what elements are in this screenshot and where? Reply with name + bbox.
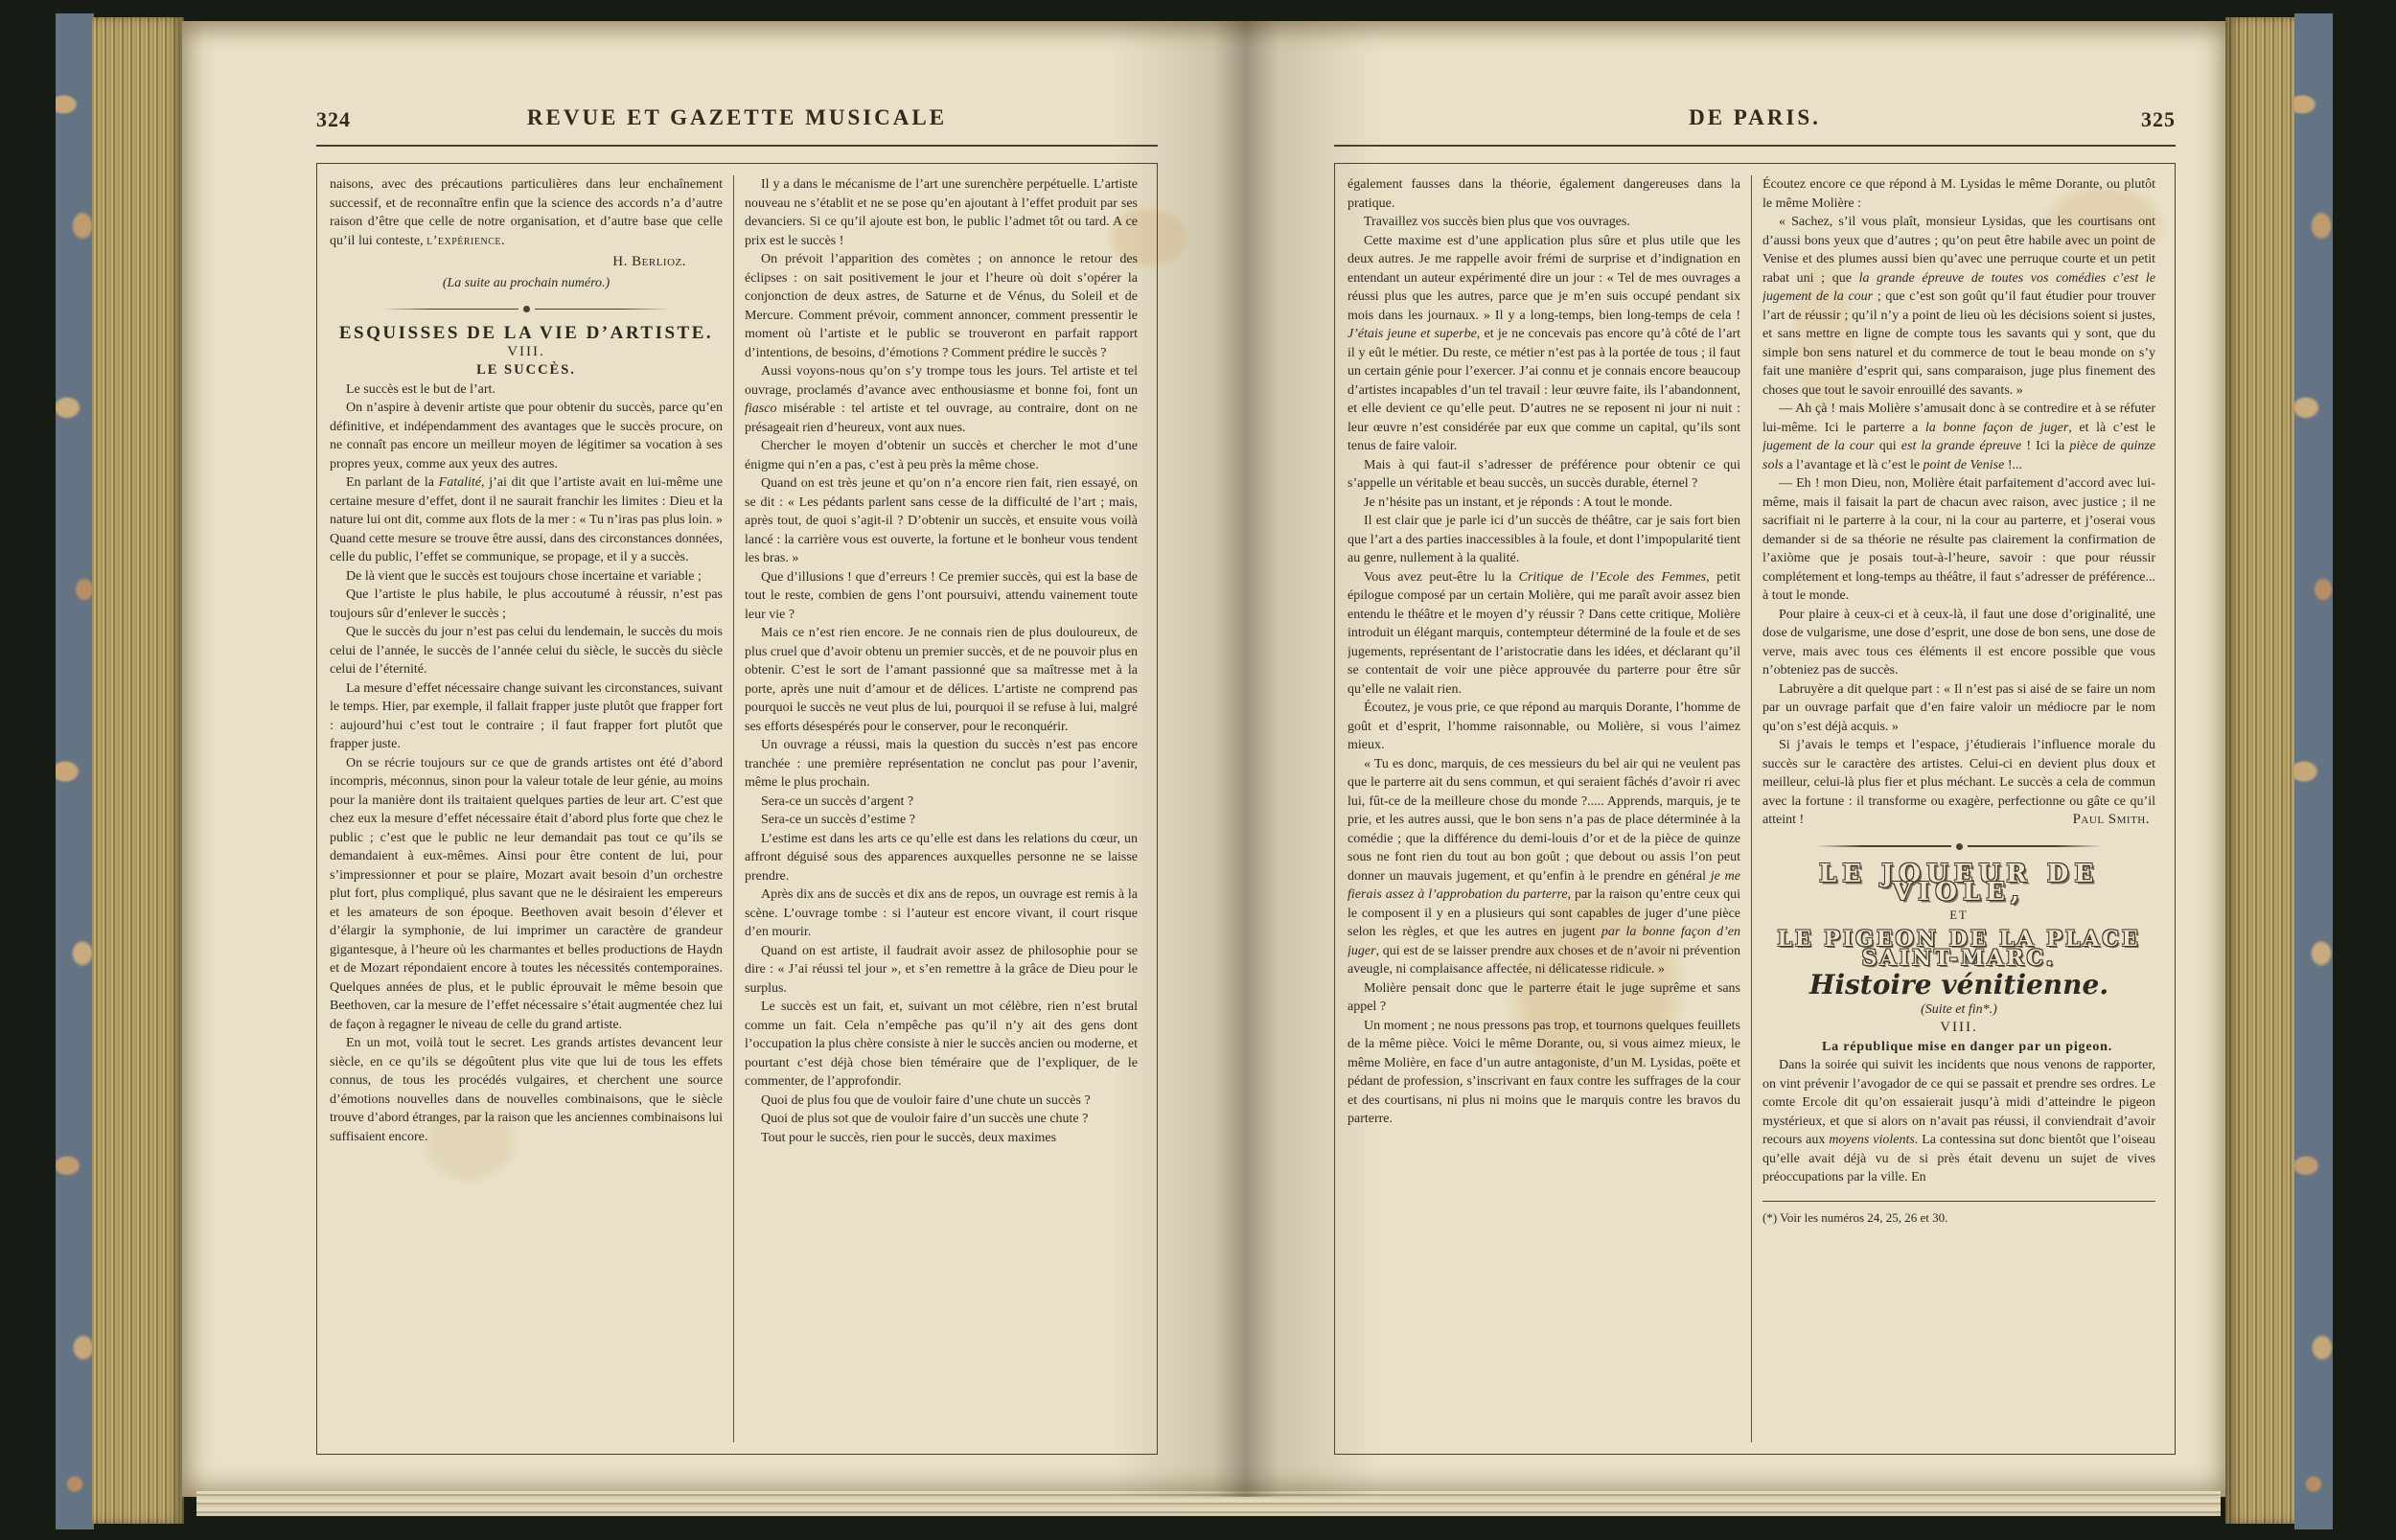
paragraph: De là vient que le succès est toujours c… — [330, 567, 723, 586]
ornament-dot — [1956, 843, 1963, 850]
right-header-rule — [1334, 145, 2176, 147]
paragraph: Il est clair que je parle ici d’un succè… — [1348, 512, 1740, 568]
paragraph: Écoutez encore ce que répond à M. Lysida… — [1762, 175, 2155, 213]
paragraph: La mesure d’effet nécessaire change suiv… — [330, 679, 723, 754]
marbled-cover-edge-right — [2294, 13, 2333, 1529]
paragraph: Un ouvrage a réussi, mais la question du… — [745, 736, 1138, 793]
ornament-divider — [382, 306, 670, 312]
ornament-dot — [523, 306, 530, 312]
footnote: (*) Voir les numéros 24, 25, 26 et 30. — [1762, 1201, 2155, 1228]
paragraph: Je n’hésite pas un instant, et je répond… — [1348, 494, 1740, 513]
paragraph: Cette maxime est d’une application plus … — [1348, 232, 1740, 456]
ornament-line — [382, 309, 518, 310]
next-article-title-et: ET — [1762, 907, 2155, 926]
paragraph: On n’aspire à devenir artiste que pour o… — [330, 399, 723, 473]
paragraph: En parlant de la Fatalité, j’ai dit que … — [330, 473, 723, 567]
left-page-column-1: naisons, avec des précautions particuliè… — [330, 175, 723, 1440]
paragraph: Sera-ce un succès d’argent ? — [745, 793, 1138, 812]
right-page-column-1: également fausses dans la théorie, égale… — [1348, 175, 1740, 1440]
paragraph: Mais ce n’est rien encore. Je ne connais… — [745, 624, 1138, 736]
paragraph: également fausses dans la théorie, égale… — [1348, 175, 1740, 213]
continuation-note: (La suite au prochain numéro.) — [330, 274, 723, 293]
paragraph: — Eh ! mon Dieu, non, Molière était parf… — [1762, 474, 2155, 606]
next-article-title-line1: LE JOUEUR DE VIOLE, — [1762, 865, 2155, 903]
left-page-column-2: Il y a dans le mécanisme de l’art une su… — [745, 175, 1138, 1440]
left-header-rule — [316, 145, 1158, 147]
paragraph: Quoi de plus fou que de vouloir faire d’… — [745, 1092, 1138, 1111]
paragraph: Que le succès du jour n’est pas celui du… — [330, 623, 723, 679]
left-running-title: REVUE ET GAZETTE MUSICALE — [316, 105, 1158, 130]
paragraph: Le succès est un fait, et, suivant un mo… — [745, 998, 1138, 1092]
paragraph: On se récrie toujours sur ce que de gran… — [330, 754, 723, 1035]
author-signature: Paul Smith. — [1762, 811, 2155, 830]
ornament-line — [1968, 845, 2104, 847]
marbled-cover-edge-left — [56, 13, 94, 1529]
paragraph: Travaillez vos succès bien plus que vos … — [1348, 213, 1740, 232]
left-page-text-frame: naisons, avec des précautions particuliè… — [316, 163, 1158, 1455]
paragraph: Mais à qui faut-il s’adresser de préfére… — [1348, 456, 1740, 494]
paragraph: Pour plaire à ceux-ci et à ceux-là, il f… — [1762, 606, 2155, 680]
ornament-line — [1815, 845, 1951, 847]
paragraph: Aussi voyons-nous qu’on s’y trompe tous … — [745, 362, 1138, 437]
next-article-title-line2: LE PIGEON DE LA PLACE SAINT-MARC. — [1762, 931, 2155, 968]
ornament-divider — [1815, 843, 2103, 850]
author-signature: H. Berlioz. — [330, 253, 723, 272]
article-chapter-number: VIII. — [330, 343, 723, 362]
section-title: La république mise en danger par un pige… — [1762, 1038, 2155, 1057]
column-divider-rule — [1751, 175, 1752, 1442]
section-number: VIII. — [1762, 1019, 2155, 1038]
paragraph: naisons, avec des précautions particuliè… — [330, 175, 723, 250]
paragraph: Chercher le moyen d’obtenir un succès et… — [745, 437, 1138, 474]
paragraph: « Tu es donc, marquis, de ces messieurs … — [1348, 755, 1740, 979]
left-page-header: 324 REVUE ET GAZETTE MUSICALE — [316, 105, 1158, 134]
paragraph: Quoi de plus sot que de vouloir faire d’… — [745, 1110, 1138, 1129]
paragraph: Molière pensait donc que le parterre éta… — [1348, 979, 1740, 1017]
ornament-line — [535, 309, 671, 310]
article-title: ESQUISSES DE LA VIE D’ARTISTE. — [330, 324, 723, 343]
suite-note: (Suite et fin*.) — [1762, 1000, 2155, 1020]
paragraph: Le succès est le but de l’art. — [330, 380, 723, 400]
right-running-title: DE PARIS. — [1334, 105, 2176, 130]
right-page-header: DE PARIS. 325 — [1334, 105, 2176, 134]
paragraph: Quand on est très jeune et qu’on n’a enc… — [745, 474, 1138, 568]
paragraph: Écoutez, je vous prie, ce que répond au … — [1348, 699, 1740, 755]
right-page-number: 325 — [2141, 107, 2176, 132]
paragraph: En un mot, voilà tout le secret. Les gra… — [330, 1034, 723, 1146]
paragraph: Sera-ce un succès d’estime ? — [745, 811, 1138, 830]
paragraph: Tout pour le succès, rien pour le succès… — [745, 1129, 1138, 1148]
page-edges-stack-left — [92, 17, 184, 1524]
paragraph: Dans la soirée qui suivit les incidents … — [1762, 1056, 2155, 1187]
paragraph: On prévoit l’apparition des comètes ; on… — [745, 250, 1138, 362]
paragraph: Un moment ; ne nous pressons pas trop, e… — [1348, 1017, 1740, 1129]
right-page-text-frame: également fausses dans la théorie, égale… — [1334, 163, 2176, 1455]
paragraph: Labruyère a dit quelque part : « Il n’es… — [1762, 680, 2155, 737]
paragraph: Que d’illusions ! que d’erreurs ! Ce pre… — [745, 568, 1138, 625]
page-edges-stack-right — [2225, 17, 2296, 1524]
paragraph: Quand on est artiste, il faudrait avoir … — [745, 942, 1138, 999]
paragraph: Que l’artiste le plus habile, le plus ac… — [330, 586, 723, 623]
article-subtitle: LE SUCCÈS. — [330, 361, 723, 380]
paragraph: L’estime est dans les arts ce qu’elle es… — [745, 830, 1138, 886]
paragraph: « Sachez, s’il vous plaît, monsieur Lysi… — [1762, 213, 2155, 400]
paragraph: Il y a dans le mécanisme de l’art une su… — [745, 175, 1138, 250]
paragraph: — Ah çà ! mais Molière s’amusait donc à … — [1762, 400, 2155, 474]
paragraph: Vous avez peut-être lu la Critique de l’… — [1348, 568, 1740, 700]
column-divider-rule — [733, 175, 734, 1442]
paragraph: Après dix ans de succès et dix ans de re… — [745, 885, 1138, 942]
right-page-column-2: Écoutez encore ce que répond à M. Lysida… — [1762, 175, 2155, 1440]
photo-background: 324 REVUE ET GAZETTE MUSICALE naisons, a… — [0, 0, 2396, 1540]
next-article-subtitle: Histoire vénitienne. — [1762, 976, 2155, 995]
